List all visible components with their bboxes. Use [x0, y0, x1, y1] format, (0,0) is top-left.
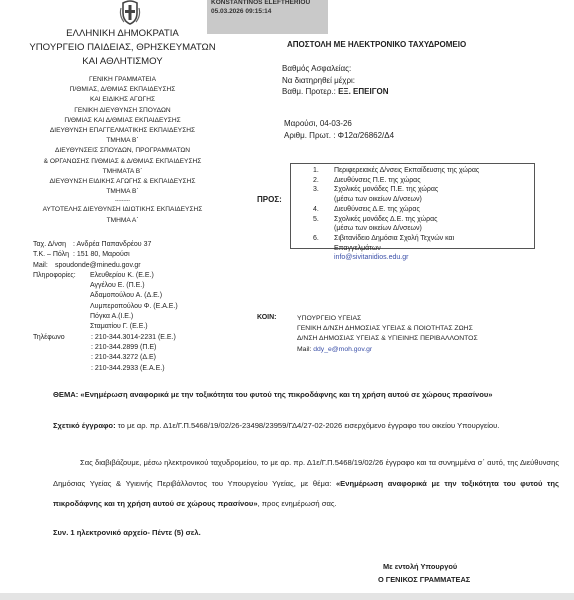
cc-mail-link[interactable]: ddy_e@moh.gov.gr [313, 346, 372, 353]
phone-number: : 210-344.2933 (Ε.Α.Ε.) [91, 364, 165, 374]
signature-block: Με εντολή Υπουργού Ο ΓΕΝΙΚΟΣ ΓΡΑΜΜΑΤΕΑΣ [383, 560, 470, 586]
department-line: Π/ΘΜΙΑΣ, Δ/ΘΜΙΑΣ ΕΚΠΑΙΔΕΥΣΗΣ [0, 85, 245, 95]
recipients-label: ΠΡΟΣ: [257, 195, 282, 204]
recipient-email-link[interactable]: info@sivitanidios.edu.gr [334, 253, 408, 263]
recipient-item: 4.Διευθύνσεις Δ.Ε. της χώρας [313, 205, 479, 215]
recipient-item: 5.Σχολικές μονάδες Δ.Ε. της χώρας [313, 215, 479, 225]
recipient-item: 2.Διευθύνσεις Π.Ε. της χώρας [313, 176, 479, 186]
cc-line: ΥΠΟΥΡΓΕΙΟ ΥΓΕΙΑΣ [297, 314, 478, 324]
subject: ΘΕΜΑ: «Ενημέρωση αναφορικά με την τοξικό… [53, 388, 559, 402]
department-line: ΤΜΗΜΑ Α΄ [0, 216, 245, 226]
recipient-item-cont: (μέσω των οικείων Δ/νσεων) [313, 224, 479, 234]
security-level: Βαθμός Ασφαλείας: [282, 63, 389, 75]
cc-line: ΓΕΝΙΚΗ Δ/ΝΣΗ ΔΗΜΟΣΙΑΣ ΥΓΕΙΑΣ & ΠΟΙΟΤΗΤΑΣ… [297, 324, 478, 334]
para-end: , προς ενημέρωσή σας. [258, 499, 337, 508]
signature-line2: Ο ΓΕΝΙΚΟΣ ΓΡΑΜΜΑΤΕΑΣ [378, 573, 470, 586]
issuer-header: ΕΛΛΗΝΙΚΗ ΔΗΜΟΚΡΑΤΙΑ ΥΠΟΥΡΓΕΙΟ ΠΑΙΔΕΙΑΣ, … [0, 27, 245, 226]
date-protocol: Μαρούσι, 04-03-26 Αριθμ. Πρωτ. : Φ12α/26… [284, 118, 394, 141]
department-line: ΔΙΕΥΘΥΝΣΕΙΣ ΣΠΟΥΔΩΝ, ΠΡΟΓΡΑΜΜΑΤΩΝ [0, 146, 245, 156]
department-line: ΤΜΗΜΑΤΑ Β΄ [0, 167, 245, 177]
recipient-email-row: info@sivitanidios.edu.gr [313, 253, 479, 263]
department-line: ΤΜΗΜΑ Β΄ [0, 187, 245, 197]
info-person: Λυμπεροπούλου Φ. (Ε.Α.Ε.) [90, 302, 178, 312]
address-label: Ταχ. Δ/νση [33, 240, 73, 250]
phone-number: : 210-344.3014-2231 (Ε.Ε.) [91, 333, 176, 343]
ministry-line1: ΥΠΟΥΡΓΕΙΟ ΠΑΙΔΕΙΑΣ, ΘΡΗΣΚΕΥΜΑΤΩΝ [0, 41, 245, 55]
place-date: Μαρούσι, 04-03-26 [284, 118, 394, 130]
signature-line1: Με εντολή Υπουργού [383, 560, 470, 573]
cc-label: ΚΟΙΝ: [257, 314, 277, 321]
department-line: & ΟΡΓΑΝΩΣΗΣ Π/ΘΜΙΑΣ & Δ/ΘΜΙΑΣ ΕΚΠΑΙΔΕΥΣΗ… [0, 157, 245, 167]
delivery-method: ΑΠΟΣΤΟΛΗ ΜΕ ΗΛΕΚΤΡΟΝΙΚΟ ΤΑΧΥΔΡΟΜΕΙΟ [287, 40, 466, 49]
cc-mail-label: Mail: [297, 346, 311, 353]
info-person: Αγγέλου Ε. (Π.Ε.) [90, 281, 145, 291]
info-person: Σταματίου Γ. (Ε.Ε.) [90, 322, 148, 332]
recipients-list: 1.Περιφερειακές Δ/νσεις Εκπαίδευσης της … [313, 166, 479, 263]
priority: Βαθμ. Προτερ.: ΕΞ. ΕΠΕΙΓΟΝ [282, 86, 389, 98]
priority-value: ΕΞ. ΕΠΕΙΓΟΝ [338, 87, 388, 96]
postal-value: : 151 80, Μαρούσι [73, 250, 130, 260]
retain-until: Να διατηρηθεί μέχρι: [282, 75, 389, 87]
mail-value[interactable]: spoudonde@minedu.gov.gr [55, 261, 141, 271]
stamp-name: KONSTANTINOS ELEFTHERIOU [211, 0, 328, 7]
body-paragraph: Σας διαβιβάζουμε, μέσω ηλεκτρονικού ταχυ… [53, 453, 559, 515]
related-label: Σχετικό έγγραφο: [53, 421, 116, 430]
phone-number: : 210-344.3272 (Δ.Ε) [91, 353, 156, 363]
cc-block: ΥΠΟΥΡΓΕΙΟ ΥΓΕΙΑΣ ΓΕΝΙΚΗ Δ/ΝΣΗ ΔΗΜΟΣΙΑΣ Υ… [297, 314, 478, 355]
ministry-line2: ΚΑΙ ΑΘΛΗΤΙΣΜΟΥ [0, 55, 245, 69]
related-document: Σχετικό έγγραφο: το με αρ. πρ. Δ1ε/Γ.Π.5… [53, 419, 559, 433]
recipient-item: 3.Σχολικές μονάδες Π.Ε. της χώρας [313, 185, 479, 195]
page-bottom-edge [0, 593, 574, 600]
department-line: Π/ΘΜΙΑΣ ΚΑΙ Δ/ΘΜΙΑΣ ΕΚΠΑΙΔΕΥΣΗΣ [0, 116, 245, 126]
address-value: : Ανδρέα Παπανδρέου 37 [73, 240, 151, 250]
related-text: το με αρ. πρ. Δ1ε/Γ.Π.5468/19/02/26-2349… [116, 421, 500, 430]
phone-label: Τηλέφωνο [33, 333, 91, 343]
phone-number: : 210-344.2899 (Π.Ε) [91, 343, 156, 353]
department-line: ΔΙΕΥΘΥΝΣΗ ΕΠΑΓΓΕΛΜΑΤΙΚΗΣ ΕΚΠΑΙΔΕΥΣΗΣ [0, 126, 245, 136]
protocol-number: Αριθμ. Πρωτ. : Φ12α/26862/Δ4 [284, 130, 394, 142]
info-label: Πληροφορίες: [33, 271, 90, 281]
department-line: ΓΕΝΙΚΗ ΔΙΕΥΘΥΝΣΗ ΣΠΟΥΔΩΝ [0, 106, 245, 116]
document-meta: Βαθμός Ασφαλείας: Να διατηρηθεί μέχρι: Β… [282, 63, 389, 98]
info-person: Πόγκα Α.(Ι.Ε.) [90, 312, 133, 322]
postal-label: Τ.Κ. – Πόλη [33, 250, 73, 260]
department-line: ΓΕΝΙΚΗ ΓΡΑΜΜΑΤΕΙΑ [0, 75, 245, 85]
info-person: Ελευθερίου Κ. (Ε.Ε.) [90, 271, 154, 281]
department-line: ΔΙΕΥΘΥΝΣΗ ΕΙΔΙΚΗΣ ΑΓΩΓΗΣ & ΕΚΠΑΙΔΕΥΣΗΣ [0, 177, 245, 187]
recipient-item-cont: Επαγγελμάτων [313, 244, 479, 254]
attachments-note: Συν. 1 ηλεκτρονικό αρχείο- Πέντε (5) σελ… [53, 528, 201, 537]
recipient-item: 1.Περιφερειακές Δ/νσεις Εκπαίδευσης της … [313, 166, 479, 176]
department-line: ΚΑΙ ΕΙΔΙΚΗΣ ΑΓΩΓΗΣ [0, 95, 245, 105]
contact-info: Ταχ. Δ/νση: Ανδρέα Παπανδρέου 37 Τ.Κ. – … [33, 240, 178, 374]
greek-coat-of-arms-icon [118, 0, 142, 26]
department-line: ΤΜΗΜΑ Β΄ [0, 136, 245, 146]
recipient-item-cont: (μέσω των οικείων Δ/νσεων) [313, 195, 479, 205]
priority-label: Βαθμ. Προτερ.: [282, 87, 336, 96]
cc-line: Δ/ΝΣΗ ΔΗΜΟΣΙΑΣ ΥΓΕΙΑΣ & ΥΓΙΕΙΝΗΣ ΠΕΡΙΒΑΛ… [297, 334, 478, 344]
department-line: ΑΥΤΟΤΕΛΗΣ ΔΙΕΥΘΥΝΣΗ ΙΔΙΩΤΙΚΗΣ ΕΚΠΑΙΔΕΥΣΗ… [0, 205, 245, 215]
mail-label: Mail: [33, 261, 55, 271]
info-person: Αδαμοπούλου Α. (Δ.Ε.) [90, 291, 162, 301]
recipient-item: 6.Σιβιτανίδειο Δημόσια Σχολή Τεχνών και [313, 234, 479, 244]
stamp-datetime: 05.03.2026 09:15:14 [211, 7, 328, 16]
republic-title: ΕΛΛΗΝΙΚΗ ΔΗΜΟΚΡΑΤΙΑ [0, 27, 245, 41]
department-separator: --------- [0, 197, 245, 205]
